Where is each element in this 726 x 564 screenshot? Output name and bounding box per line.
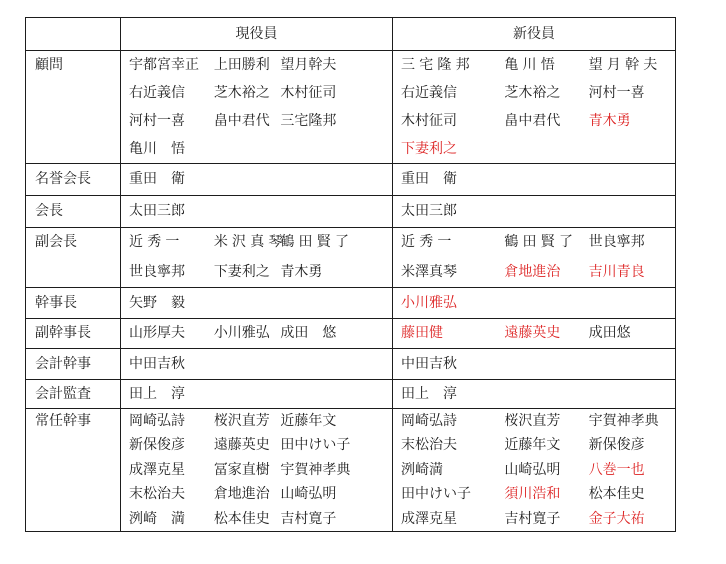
current-officers-cell: 山形厚夫小川雅弘成田 悠 <box>121 319 393 349</box>
new-officers-cell: 藤田健遠藤英史成田悠 <box>393 319 676 349</box>
officer-row: 会計監査田上 淳田上 淳 <box>26 380 676 409</box>
officer-name: 山崎弘明 <box>504 458 588 482</box>
officer-name: 小川雅弘 <box>401 288 504 318</box>
new-officers-cell: 中田吉秋 <box>393 349 676 380</box>
officer-name: 吉村寛子 <box>280 507 390 531</box>
officer-name: 三宅隆邦 <box>280 107 390 135</box>
officer-name: 三宅隆邦 <box>401 51 504 79</box>
role-cell: 名誉会長 <box>26 164 121 196</box>
officer-name: 成澤克星 <box>129 458 214 482</box>
officer-name: 成澤克星 <box>401 507 504 531</box>
current-officers-cell: 宇都宮幸正上田勝利望月幹夫右近義信芝木裕之木村征司河村一喜畠中君代三宅隆邦亀川 … <box>121 51 393 164</box>
officer-name: 田中けい子 <box>280 433 390 457</box>
name-line: 米澤真琴倉地進治吉川青良 <box>401 258 673 288</box>
officer-name: 太田三郎 <box>129 196 214 227</box>
role-cell: 会長 <box>26 196 121 228</box>
officer-name: 金子大祐 <box>589 507 673 531</box>
officers-table: 現役員 新役員 顧問宇都宮幸正上田勝利望月幹夫右近義信芝木裕之木村征司河村一喜畠… <box>25 17 676 532</box>
officer-name: 青木勇 <box>589 107 673 135</box>
officer-name: 新保俊彦 <box>129 433 214 457</box>
name-line: 重田 衛 <box>401 164 673 195</box>
officer-name: 小川雅弘 <box>214 319 281 348</box>
name-line: 成澤克星冨家直樹宇賀神孝典 <box>129 458 390 482</box>
role-cell: 副会長 <box>26 228 121 288</box>
officer-name: 米沢真琴 <box>214 228 281 258</box>
name-line: 成澤克星吉村寛子金子大祐 <box>401 507 673 531</box>
name-line: 亀川 悟 <box>129 135 390 163</box>
officer-name: 近秀一 <box>401 228 504 258</box>
officer-name: 岡崎弘詩 <box>401 409 504 433</box>
role-cell: 会計幹事 <box>26 349 121 380</box>
header-row: 現役員 新役員 <box>26 18 676 51</box>
name-line: 田中けい子須川浩和松本佳史 <box>401 482 673 506</box>
officer-name: 吉村寛子 <box>504 507 588 531</box>
officer-name: 近藤年文 <box>280 409 390 433</box>
name-line: 小川雅弘 <box>401 288 673 318</box>
name-line: 洌崎 満松本佳史吉村寛子 <box>129 507 390 531</box>
current-officers-cell: 田上 淳 <box>121 380 393 409</box>
officer-name: 青木勇 <box>280 258 390 288</box>
name-line: 河村一喜畠中君代三宅隆邦 <box>129 107 390 135</box>
new-officers-cell: 岡崎弘詩桜沢直芳宇賀神孝典末松治夫近藤年文新保俊彦洌崎満山崎弘明八巻一也田中けい… <box>393 409 676 532</box>
role-cell: 会計監査 <box>26 380 121 409</box>
role-cell: 幹事長 <box>26 288 121 319</box>
officer-name: 亀川悟 <box>504 51 588 79</box>
name-line: 太田三郎 <box>401 196 673 227</box>
officer-name: 桜沢直芳 <box>504 409 588 433</box>
document-page: 現役員 新役員 顧問宇都宮幸正上田勝利望月幹夫右近義信芝木裕之木村征司河村一喜畠… <box>0 0 726 564</box>
officer-name: 宇賀神孝典 <box>280 458 390 482</box>
current-officers-cell: 矢野 毅 <box>121 288 393 319</box>
name-line: 近秀一米沢真琴鶴田賢了 <box>129 228 390 258</box>
officer-name: 山形厚夫 <box>129 319 214 348</box>
name-line: 世良寧邦下妻利之青木勇 <box>129 258 390 288</box>
officer-row: 副会長近秀一米沢真琴鶴田賢了世良寧邦下妻利之青木勇近秀一鶴田賢了世良寧邦米澤真琴… <box>26 228 676 288</box>
officer-name: 末松治夫 <box>129 482 214 506</box>
officer-name: 亀川 悟 <box>129 135 214 163</box>
role-cell: 顧問 <box>26 51 121 164</box>
officer-name: 矢野 毅 <box>129 288 214 318</box>
new-officers-cell: 太田三郎 <box>393 196 676 228</box>
name-line: 中田吉秋 <box>401 349 673 379</box>
name-line: 木村征司畠中君代青木勇 <box>401 107 673 135</box>
name-line: 末松治夫近藤年文新保俊彦 <box>401 433 673 457</box>
officer-name: 近秀一 <box>129 228 214 258</box>
name-line: 宇都宮幸正上田勝利望月幹夫 <box>129 51 390 79</box>
officer-name: 右近義信 <box>401 79 504 107</box>
officer-name: 遠藤英史 <box>214 433 281 457</box>
officer-name: 芝木裕之 <box>214 79 281 107</box>
officer-name: 下妻利之 <box>401 135 504 163</box>
officer-name: 中田吉秋 <box>129 349 214 379</box>
officer-name: 中田吉秋 <box>401 349 504 379</box>
officer-name: 望月幹夫 <box>280 51 390 79</box>
new-officers-cell: 三宅隆邦亀川悟望月幹夫右近義信芝木裕之河村一喜木村征司畠中君代青木勇下妻利之 <box>393 51 676 164</box>
officer-name: 太田三郎 <box>401 196 504 227</box>
new-officers-header: 新役員 <box>393 18 676 51</box>
officer-name: 成田悠 <box>589 319 673 348</box>
officer-row: 幹事長矢野 毅小川雅弘 <box>26 288 676 319</box>
officer-name: 右近義信 <box>129 79 214 107</box>
officer-name: 田上 淳 <box>401 380 504 408</box>
officer-name: 鶴田賢了 <box>280 228 390 258</box>
officer-row: 名誉会長重田 衛重田 衛 <box>26 164 676 196</box>
officer-name: 新保俊彦 <box>589 433 673 457</box>
current-officers-header: 現役員 <box>121 18 393 51</box>
name-line: 三宅隆邦亀川悟望月幹夫 <box>401 51 673 79</box>
officer-name: 河村一喜 <box>129 107 214 135</box>
officer-name: 須川浩和 <box>504 482 588 506</box>
officer-name: 成田 悠 <box>280 319 390 348</box>
officer-name: 河村一喜 <box>589 79 673 107</box>
current-officers-cell: 中田吉秋 <box>121 349 393 380</box>
current-officers-cell: 太田三郎 <box>121 196 393 228</box>
officer-name: 芝木裕之 <box>504 79 588 107</box>
officer-name: 洌崎 満 <box>129 507 214 531</box>
name-line: 近秀一鶴田賢了世良寧邦 <box>401 228 673 258</box>
name-line: 洌崎満山崎弘明八巻一也 <box>401 458 673 482</box>
officer-name: 近藤年文 <box>504 433 588 457</box>
officer-row: 常任幹事岡崎弘詩桜沢直芳近藤年文新保俊彦遠藤英史田中けい子成澤克星冨家直樹宇賀神… <box>26 409 676 532</box>
officer-name: 桜沢直芳 <box>214 409 281 433</box>
officer-name: 鶴田賢了 <box>504 228 588 258</box>
officer-name: 藤田健 <box>401 319 504 348</box>
role-column-header <box>26 18 121 51</box>
officer-row: 会計幹事中田吉秋中田吉秋 <box>26 349 676 380</box>
officer-name: 遠藤英史 <box>504 319 588 348</box>
officer-name: 松本佳史 <box>589 482 673 506</box>
name-line: 田上 淳 <box>129 380 390 408</box>
officer-row: 副幹事長山形厚夫小川雅弘成田 悠藤田健遠藤英史成田悠 <box>26 319 676 349</box>
current-officers-cell: 重田 衛 <box>121 164 393 196</box>
new-officers-cell: 小川雅弘 <box>393 288 676 319</box>
officer-name: 木村征司 <box>401 107 504 135</box>
name-line: 田上 淳 <box>401 380 673 408</box>
officer-name: 末松治夫 <box>401 433 504 457</box>
officer-name: 世良寧邦 <box>129 258 214 288</box>
officer-name: 上田勝利 <box>214 51 281 79</box>
officers-table-body: 顧問宇都宮幸正上田勝利望月幹夫右近義信芝木裕之木村征司河村一喜畠中君代三宅隆邦亀… <box>26 51 676 532</box>
officer-name: 田中けい子 <box>401 482 504 506</box>
officer-name: 山崎弘明 <box>280 482 390 506</box>
officer-name: 世良寧邦 <box>589 228 673 258</box>
officer-name: 宇賀神孝典 <box>589 409 673 433</box>
role-cell: 副幹事長 <box>26 319 121 349</box>
new-officers-cell: 近秀一鶴田賢了世良寧邦米澤真琴倉地進治吉川青良 <box>393 228 676 288</box>
officer-name: 畠中君代 <box>214 107 281 135</box>
officer-name: 冨家直樹 <box>214 458 281 482</box>
officer-name: 田上 淳 <box>129 380 214 408</box>
officer-name: 八巻一也 <box>589 458 673 482</box>
officer-name: 倉地進治 <box>504 258 588 288</box>
officer-name: 重田 衛 <box>129 164 214 195</box>
name-line: 岡崎弘詩桜沢直芳宇賀神孝典 <box>401 409 673 433</box>
officer-name: 洌崎満 <box>401 458 504 482</box>
name-line: 山形厚夫小川雅弘成田 悠 <box>129 319 390 348</box>
new-officers-cell: 重田 衛 <box>393 164 676 196</box>
officer-name: 宇都宮幸正 <box>129 51 214 79</box>
officer-name: 吉川青良 <box>589 258 673 288</box>
name-line: 岡崎弘詩桜沢直芳近藤年文 <box>129 409 390 433</box>
name-line: 右近義信芝木裕之木村征司 <box>129 79 390 107</box>
name-line: 重田 衛 <box>129 164 390 195</box>
role-cell: 常任幹事 <box>26 409 121 532</box>
name-line: 末松治夫倉地進治山崎弘明 <box>129 482 390 506</box>
officer-row: 会長太田三郎太田三郎 <box>26 196 676 228</box>
name-line: 太田三郎 <box>129 196 390 227</box>
officer-name: 畠中君代 <box>504 107 588 135</box>
officer-name: 米澤真琴 <box>401 258 504 288</box>
current-officers-cell: 岡崎弘詩桜沢直芳近藤年文新保俊彦遠藤英史田中けい子成澤克星冨家直樹宇賀神孝典末松… <box>121 409 393 532</box>
name-line: 中田吉秋 <box>129 349 390 379</box>
officer-name: 岡崎弘詩 <box>129 409 214 433</box>
officer-name: 望月幹夫 <box>589 51 673 79</box>
name-line: 藤田健遠藤英史成田悠 <box>401 319 673 348</box>
officer-name: 松本佳史 <box>214 507 281 531</box>
name-line: 下妻利之 <box>401 135 673 163</box>
officer-name: 下妻利之 <box>214 258 281 288</box>
name-line: 右近義信芝木裕之河村一喜 <box>401 79 673 107</box>
officer-name: 重田 衛 <box>401 164 504 195</box>
name-line: 矢野 毅 <box>129 288 390 318</box>
officer-name: 倉地進治 <box>214 482 281 506</box>
new-officers-cell: 田上 淳 <box>393 380 676 409</box>
officer-name: 木村征司 <box>280 79 390 107</box>
current-officers-cell: 近秀一米沢真琴鶴田賢了世良寧邦下妻利之青木勇 <box>121 228 393 288</box>
officer-row: 顧問宇都宮幸正上田勝利望月幹夫右近義信芝木裕之木村征司河村一喜畠中君代三宅隆邦亀… <box>26 51 676 164</box>
name-line: 新保俊彦遠藤英史田中けい子 <box>129 433 390 457</box>
